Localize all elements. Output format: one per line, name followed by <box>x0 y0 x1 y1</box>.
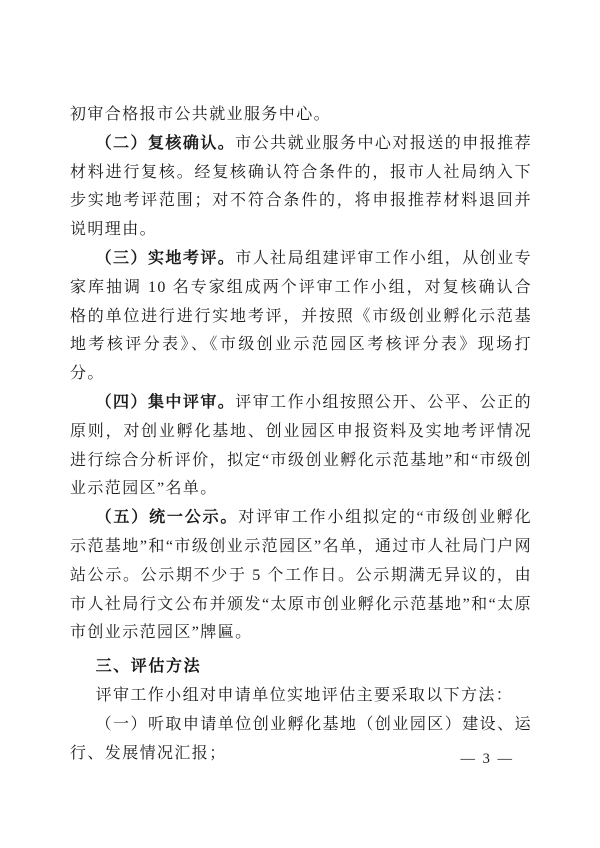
paragraph-lead: （四）集中评审。 <box>96 394 236 411</box>
paragraph-lead: （二）复核确认。 <box>96 135 236 152</box>
paragraph-review-confirm: （二）复核确认。市公共就业服务中心对报送的申报推荐材料进行复核。经复核确认符合条… <box>70 130 532 245</box>
paragraph-lead: （三）实地考评。 <box>96 250 236 267</box>
document-page: 初审合格报市公共就业服务中心。 （二）复核确认。市公共就业服务中心对报送的申报推… <box>0 0 600 848</box>
paragraph-field-evaluation: （三）实地考评。市人社局组建评审工作小组，从创业专家库抽调 10 名专家组成两个… <box>70 245 532 389</box>
section-heading: 三、评估方法 <box>70 653 532 682</box>
paragraph-methods-intro: 评审工作小组对申请单位实地评估主要采取以下方法： <box>70 682 532 711</box>
page-content: 初审合格报市公共就业服务中心。 （二）复核确认。市公共就业服务中心对报送的申报推… <box>70 101 532 768</box>
paragraph-text: 对评审工作小组拟定的“市级创业孵化示范基地”和“市级创业示范园区”名单，通过市人… <box>70 509 532 641</box>
paragraph-lead: （五）统一公示。 <box>96 509 239 526</box>
paragraph-text: 评审工作小组对申请单位实地评估主要采取以下方法： <box>96 687 514 704</box>
page-number: — 3 — <box>461 751 515 768</box>
paragraph-centralized-review: （四）集中评审。评审工作小组按照公开、公平、公正的原则，对创业孵化基地、创业园区… <box>70 389 532 504</box>
paragraph-continuation: 初审合格报市公共就业服务中心。 <box>70 101 532 130</box>
paragraph-text: 市人社局组建评审工作小组，从创业专家库抽调 10 名专家组成两个评审工作小组，对… <box>70 250 532 382</box>
paragraph-text: 初审合格报市公共就业服务中心。 <box>70 106 331 123</box>
paragraph-unified-publicity: （五）统一公示。对评审工作小组拟定的“市级创业孵化示范基地”和“市级创业示范园区… <box>70 504 532 648</box>
